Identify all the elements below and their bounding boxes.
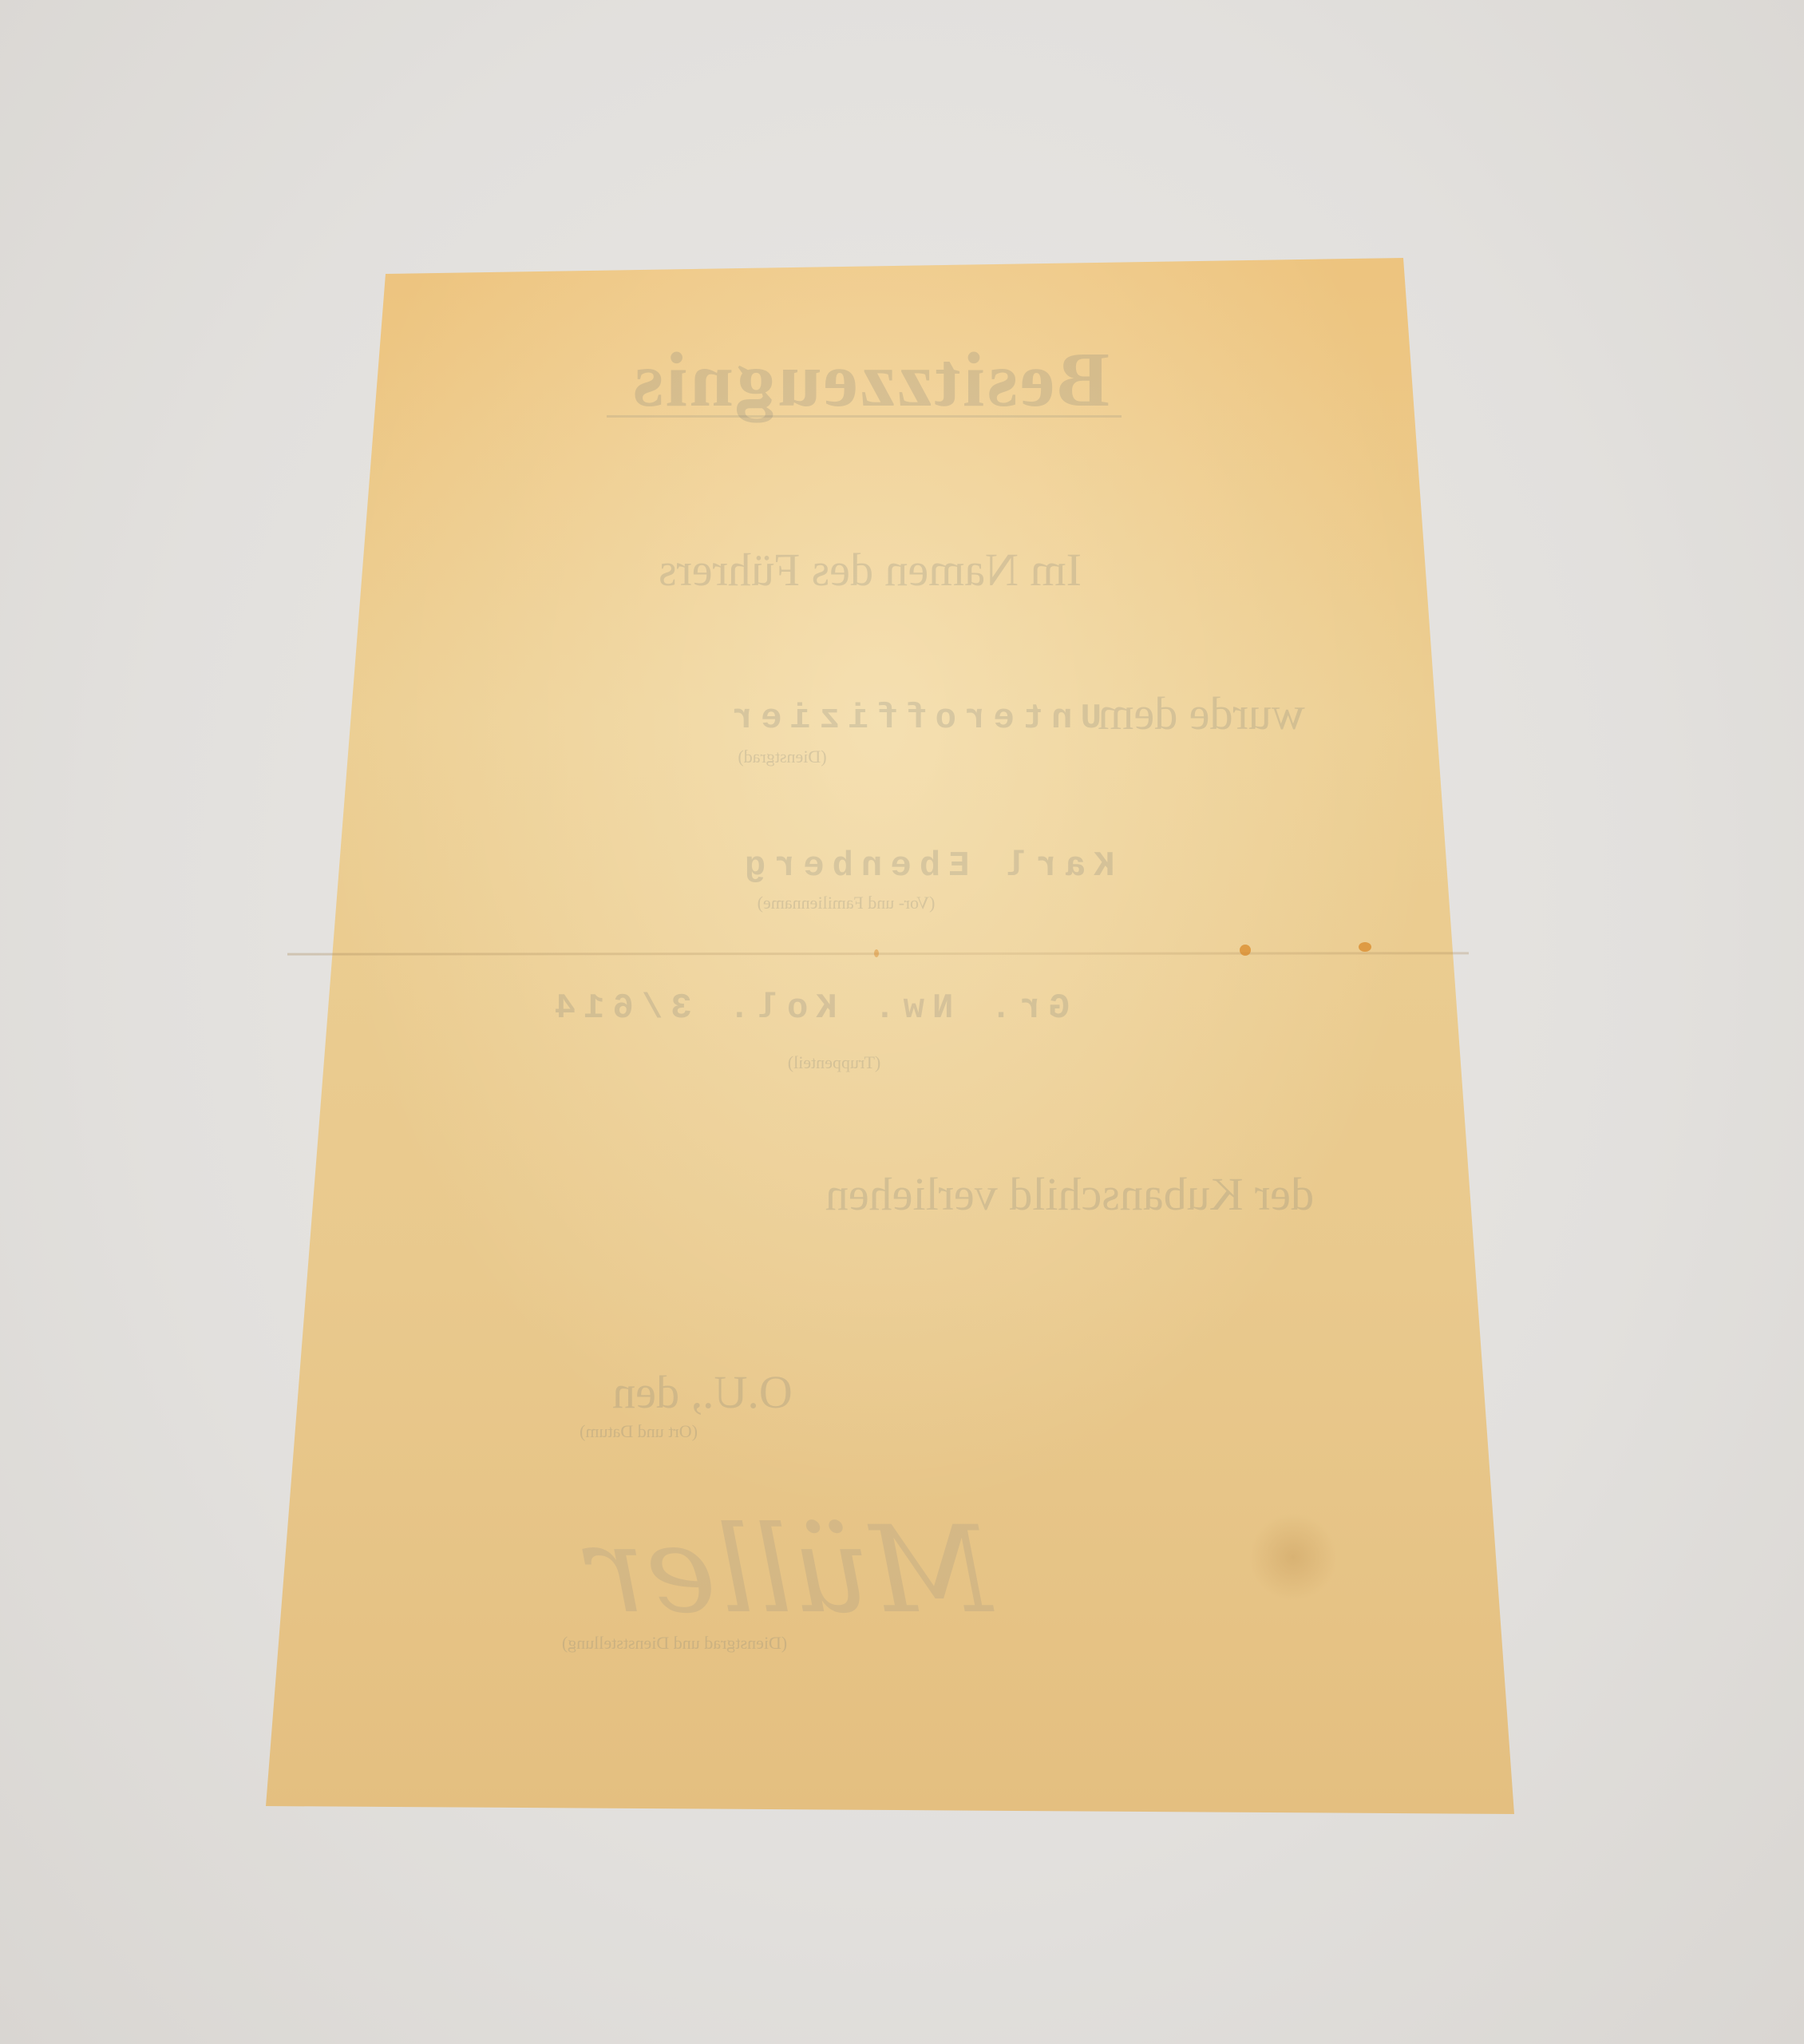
document-title: Besitzzeugnis bbox=[607, 335, 1133, 425]
place-date-caption: (Ort und Datum) bbox=[559, 1421, 718, 1442]
award-line: der Kubanschild verliehen bbox=[814, 1167, 1325, 1221]
rust-spot bbox=[1240, 945, 1251, 956]
name-value: Karl Ebenberg bbox=[702, 846, 1149, 886]
signature-caption: (Dienstgrad und Dienststellung) bbox=[543, 1633, 806, 1654]
awarded-prefix: wurde dem bbox=[1082, 687, 1321, 740]
place-date: O.U., den bbox=[479, 1365, 926, 1419]
rust-spot bbox=[1359, 942, 1371, 952]
rust-spot bbox=[874, 949, 879, 957]
unit-value: Gr. Nw. Kol. 3/614 bbox=[686, 988, 1070, 1028]
title-underline bbox=[607, 415, 1122, 418]
rank-caption: (Dienstgrad) bbox=[718, 747, 846, 767]
signature: Müller bbox=[511, 1501, 1070, 1640]
unit-caption: (Truppenteil) bbox=[766, 1052, 902, 1073]
intro-line: Im Namen des Führers bbox=[639, 543, 1102, 596]
rank-value: Unteroffizier bbox=[766, 699, 1102, 739]
name-caption: (Vor- und Familienname) bbox=[718, 893, 974, 913]
